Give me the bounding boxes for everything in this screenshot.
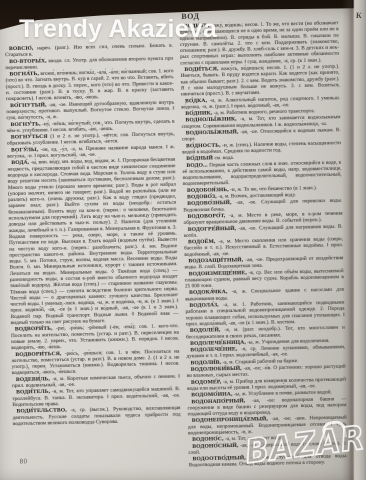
headword: ВОДОЛЕ́Й, <box>190 327 221 334</box>
dictionary-entry: ВОДВОРИ́ТЬ, -рю́, -ри́шь; -рённый (-ён, … <box>11 323 179 352</box>
dictionary-entry: ВОДО... Первая часть сложных слов в знач… <box>182 159 341 187</box>
headword: ВОДОМЕ́Р, <box>191 379 221 386</box>
headword: ВОДОНО́СНЫЙ, <box>192 442 238 449</box>
headword: ВО-ВТОРЫ́Х, <box>9 58 47 65</box>
headword: ВОДООТВО́ДНЫЙ, <box>193 455 246 462</box>
headword: ВОГНУ́ТЬ, <box>10 121 40 128</box>
headword: ВОДНОЛЫ́ЖНЫЙ, <box>186 129 239 136</box>
headword: ВОДОИЗМЕЩЕ́НИЕ, <box>189 269 247 276</box>
headword: ВОДОНАПО́РНЫЙ, <box>191 397 245 404</box>
headword: ВОДВОРИ́ТЬСЯ, <box>15 350 61 357</box>
headword: ВОДОНО́С, <box>192 436 224 443</box>
dictionary-entry: ВОДОЛА́З, -а, м. 1. Работник, занимающий… <box>185 299 344 327</box>
headword: ВОДОЁМ, <box>188 238 216 245</box>
headword: ВОДИ́ТЬСЯ, <box>184 66 218 73</box>
headword: ВОДОЛЮБИ́ВЫЙ, <box>191 365 242 372</box>
dictionary-entry: ВОДИ́ТЬСЯ, вожу́сь, во́дишься; несов. 1.… <box>180 63 340 98</box>
dictionary-entry: ВОДА́, -ы́, вин. во́ду, мн. во́ды, вод, … <box>7 156 178 326</box>
column-right: ВОДИ́ТЬ, вожу́, во́дишь; несов. 1. То же… <box>179 20 347 475</box>
headword: ВОДОЛА́З, <box>189 302 218 309</box>
headword: ВОГНУ́ТЬСЯ <box>11 133 48 140</box>
headword: ВОГНА́ТЬ, <box>9 71 39 78</box>
headword: ВОДЕВИ́ЛЬ, <box>16 376 50 383</box>
page-number: 80 <box>20 457 28 465</box>
headword: ВОГУ́ЛЫ, <box>11 146 38 153</box>
headword: ВОДОЛЕЧЕ́НИЕ, <box>190 346 237 353</box>
book-photo: ВОВ ВОД ВОВСЮ́, нареч. (разг.). Изо всех… <box>0 0 366 480</box>
dictionary-page: ВОВ ВОД ВОВСЮ́, нареч. (разг.). Изо всех… <box>0 0 366 480</box>
listing-photo: { "watermark": { "seller": "Trendy Akazi… <box>0 0 366 480</box>
column-left: ВОВСЮ́, нареч. (разг.). Изо всех сил, оч… <box>5 42 182 473</box>
headword: ВОДИ́ТЕЛЬ, <box>16 388 50 395</box>
headword: ВОДОНЕПРОНИЦА́ЕМЫЙ, <box>192 416 268 424</box>
headword: ВОДИ́ТЕЛЬСТВО, <box>16 407 66 414</box>
dictionary-entry: ВОГНА́ТЬ, вгоню́, вго́нишь; вогна́л, -ал… <box>5 68 174 103</box>
page-edge: К <box>342 0 366 480</box>
headword: ВОДОВОРО́Т, <box>187 213 225 220</box>
headword: ВО́ДНОСТЬ, <box>186 142 221 149</box>
headword: ВОДОГРЕ́ЙНЫЙ, <box>188 225 237 232</box>
headword: ВОДОВО́ЗНЫЙ, <box>187 200 231 207</box>
headword: ВОДВОРИ́ТЬ, <box>15 325 53 332</box>
dictionary-entry: ВОДВОРИ́ТЬСЯ, -рю́сь, -ри́шься; сов. 1. … <box>11 348 179 377</box>
headword: ВОВСЮ́, <box>9 45 34 52</box>
dictionary-entry: ВОДИ́ТЕЛЬСТВО, -а, ср. (высок.). Руковод… <box>12 405 180 427</box>
headword: ВОДНОЛЫ́ЖНИК, <box>185 116 236 123</box>
headword: ВО́ДНЫЙ <box>186 155 213 162</box>
headword: ВОДА́, <box>11 159 29 165</box>
headword: ВОДО... <box>186 162 207 168</box>
page-text-block: ВОВ ВОД ВОВСЮ́, нареч. (разг.). Изо всех… <box>0 0 366 480</box>
headword: ВО́ДКА, <box>185 97 207 103</box>
headword: ВОДОКА́ЧКА, <box>189 289 227 296</box>
adjacent-page-text: К <box>356 11 362 20</box>
headword: ВО́ГНУТЫЙ, <box>10 102 47 109</box>
headword: ВОДОЛИ́В, <box>191 359 222 366</box>
headword: ВОДОЗАЩИ́ТНЫЙ, <box>188 257 243 264</box>
seller-watermark: Trendy Akazieva <box>19 15 349 44</box>
